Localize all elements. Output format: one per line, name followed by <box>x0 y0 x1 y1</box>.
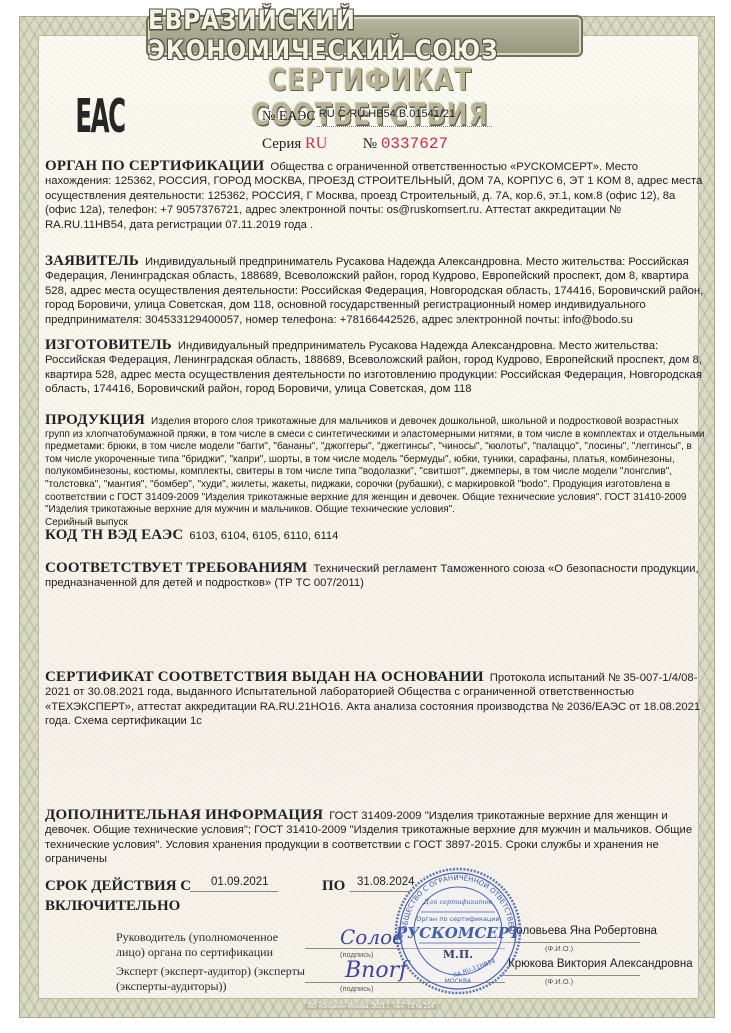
section-applicant: ЗАЯВИТЕЛЬИндивидуальный предприниматель … <box>45 254 705 327</box>
validity-inclusive-label: ВКЛЮЧИТЕЛЬНО <box>45 898 180 915</box>
section-issued-on-basis: СЕРТИФИКАТ СООТВЕТСТВИЯ ВЫДАН НА ОСНОВАН… <box>45 670 705 729</box>
union-title: ЕВРАЗИЙСКИЙ ЭКОНОМИЧЕСКИЙ СОЮЗ <box>148 6 581 66</box>
section-manufacturer: ИЗГОТОВИТЕЛЬИндивидуальный предпринимате… <box>45 338 705 397</box>
section-text: 6103, 6104, 6105, 6110, 6114 <box>189 530 338 542</box>
registration-underline <box>317 126 492 127</box>
section-heading: ОРГАН ПО СЕРТИФИКАЦИИ <box>45 158 264 174</box>
series-value: RU <box>305 135 327 152</box>
section-heading: СООТВЕТСТВУЕТ ТРЕБОВАНИЯМ <box>45 560 307 576</box>
expert-name-caption: (Ф.И.О.) <box>545 977 573 986</box>
head-name: Соловьева Яна Робертовна <box>508 925 657 937</box>
stamp-org-name: РУСКОМСЕРТ <box>395 924 522 942</box>
section-heading: ИЗГОТОВИТЕЛЬ <box>45 337 172 353</box>
series-line: Серия RU № 0337627 <box>262 135 448 153</box>
section-heading: КОД ТН ВЭД ЕАЭС <box>45 527 183 543</box>
section-heading: ЗАЯВИТЕЛЬ <box>45 253 139 269</box>
printer-imprint: АО «Опцион» Москва, 2021 г., «Б», Т3 № 2… <box>305 1004 437 1010</box>
section-conforms-to: СООТВЕТСТВУЕТ ТРЕБОВАНИЯМТехнический рег… <box>45 561 705 591</box>
section-heading: ПРОДУКЦИЯ <box>45 412 145 428</box>
expert-label: Эксперт (эксперт-аудитор) (эксперты (экс… <box>116 964 306 994</box>
expert-name: Крюкова Виктория Александровна <box>508 958 693 970</box>
registration-number: RU C-RU.НВ54.В.01541/21 <box>319 108 455 120</box>
stamp-body-label: Орган по сертификации <box>416 915 500 923</box>
eac-logo-icon: ЕАС <box>86 85 115 150</box>
section-heading: СЕРТИФИКАТ СООТВЕТСТВИЯ ВЫДАН НА ОСНОВАН… <box>45 669 484 685</box>
head-name-caption: (Ф.И.О.) <box>545 944 573 953</box>
section-product: ПРОДУКЦИЯИзделия второго слоя трикотажны… <box>45 414 705 529</box>
stamp-inner-top: Для сертификатов <box>423 898 493 906</box>
section-text: Индивидуальный предприниматель Русакова … <box>45 256 703 326</box>
section-text: Изделия второго слоя трикотажные для мал… <box>45 416 704 515</box>
validity-to-label: ПО <box>322 878 345 895</box>
section-heading: ДОПОЛНИТЕЛЬНАЯ ИНФОРМАЦИЯ <box>45 807 323 823</box>
stamp-city: МОСКВА <box>445 978 472 985</box>
section-additional-info: ДОПОЛНИТЕЛЬНАЯ ИНФОРМАЦИЯГОСТ 31409-2009… <box>45 808 705 867</box>
union-banner: ЕВРАЗИЙСКИЙ ЭКОНОМИЧЕСКИЙ СОЮЗ <box>146 15 583 57</box>
registration-number-line: № ЕАЭСRU C-RU.НВ54.В.01541/21 <box>262 109 455 125</box>
stamp-mp: М.П. <box>443 948 473 961</box>
expert-signature-caption: (подпись) <box>340 984 373 993</box>
validity-from-underline <box>190 891 278 892</box>
section-certification-body: ОРГАН ПО СЕРТИФИКАЦИИОбщества с ограниче… <box>45 159 705 232</box>
validity-from-label: СРОК ДЕЙСТВИЯ С <box>45 878 191 895</box>
blank-number-label: № <box>363 136 377 152</box>
organization-stamp-icon: ОБЩЕСТВО С ОГРАНИЧЕННОЙ ОТВЕТСТВЕННОСТЬЮ… <box>393 866 523 996</box>
section-tn-ved-code: КОД ТН ВЭД ЕАЭС6103, 6104, 6105, 6110, 6… <box>45 528 705 543</box>
registration-label: № ЕАЭС <box>262 109 316 124</box>
blank-number: 0337627 <box>381 135 448 153</box>
validity-from-date: 01.09.2021 <box>211 876 269 888</box>
series-label: Серия <box>262 136 301 152</box>
head-of-body-label: Руководитель (уполномоченное лицо) орган… <box>116 930 296 960</box>
